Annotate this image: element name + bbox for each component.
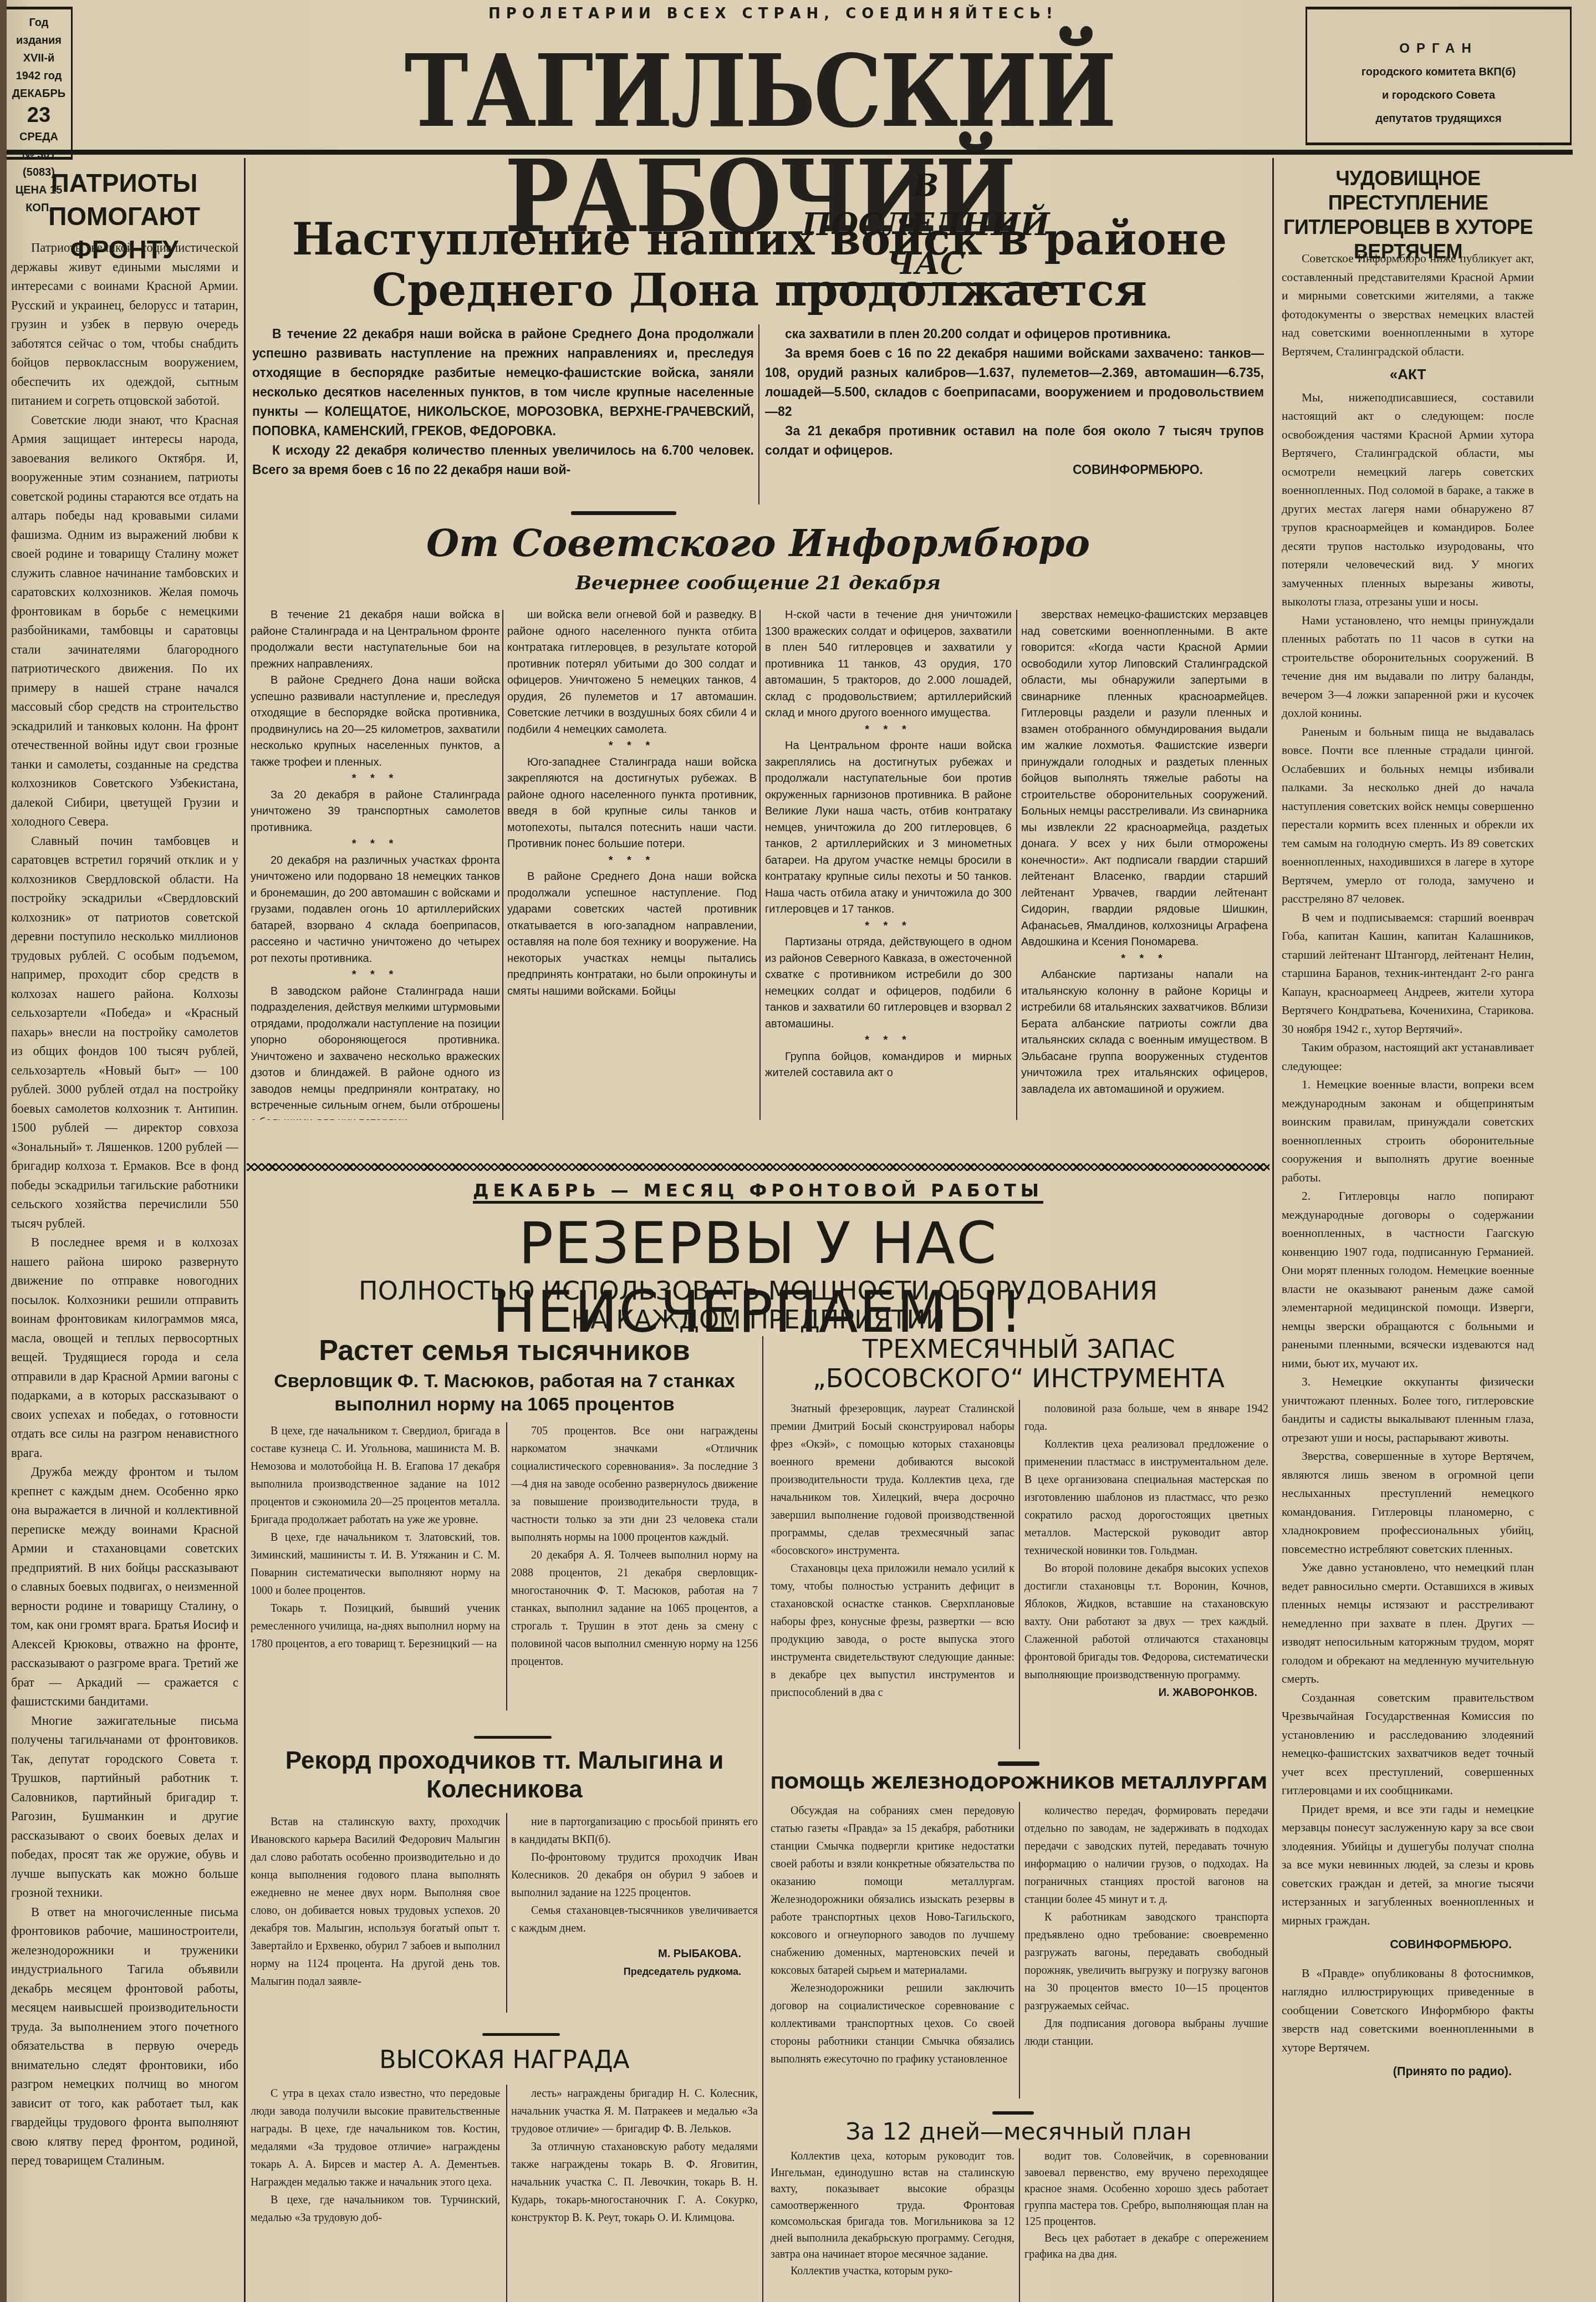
railway-headline: ПОМОЩЬ ЖЕЛЕЗНОДОРОЖНИКОВ МЕТАЛЛУРГАМ bbox=[768, 1771, 1269, 1795]
award-col-1: С утра в цехах стало известно, что перед… bbox=[251, 2085, 500, 2302]
twelve-days-headline: За 12 дней—месячный план bbox=[768, 2118, 1269, 2146]
sovinform-divider-3 bbox=[1016, 610, 1017, 1120]
thousands-subheadline: Сверловщик Ф. Т. Масюков, работая на 7 с… bbox=[261, 1369, 748, 1416]
wavy-section-rule bbox=[247, 1163, 1269, 1171]
newspaper-page: Год издания XVII-й 1942 год ДЕКАБРЬ 23 С… bbox=[0, 0, 1596, 2302]
organ-line-2: и городского Совета bbox=[1307, 84, 1570, 107]
paragraph: В последнее время и в колхозах нашего ра… bbox=[11, 1233, 238, 1463]
paragraph: Советские люди знают, что Красная Армия … bbox=[11, 411, 238, 832]
stars-separator: * * * bbox=[251, 967, 500, 984]
section-separator bbox=[998, 1761, 1039, 1766]
intro-paragraph: Советское Информбюро ниже публикует акт,… bbox=[1282, 249, 1534, 361]
paragraph: Многие зажигательные письма получены таг… bbox=[11, 1712, 238, 1903]
bosoy-divider bbox=[1019, 1400, 1020, 1749]
award-headline: ВЫСОКАЯ НАГРАДА bbox=[249, 2046, 759, 2075]
paragraph: Группа бойцов, командиров и мирных жител… bbox=[765, 1049, 1012, 1082]
paragraph: В цехе, где начальником тов. Турчинский,… bbox=[251, 2191, 500, 2227]
paragraph: Партизаны отряда, действующего в одном и… bbox=[765, 934, 1012, 1032]
stars-separator: * * * bbox=[1021, 951, 1268, 967]
paragraph: С утра в цехах стало известно, что перед… bbox=[251, 2085, 500, 2191]
stars-separator: * * * bbox=[507, 853, 757, 869]
paragraph: 3. Немецкие оккупанты физически уничтожа… bbox=[1282, 1373, 1534, 1447]
bosoy-headline-1: ТРЕХМЕСЯЧНЫЙ ЗАПАС bbox=[768, 1333, 1269, 1364]
award-divider bbox=[506, 2085, 507, 2302]
railway-col-2: количество передач, формировать передачи… bbox=[1024, 1802, 1268, 2099]
paragraph: В цехе, где начальником т. Свердиол, бри… bbox=[251, 1422, 500, 1529]
thousands-divider bbox=[506, 1422, 507, 1710]
paragraph: 20 декабря А. Я. Толчеев выполнил норму … bbox=[511, 1546, 758, 1671]
thousands-col-1: В цехе, где начальником т. Свердиол, бри… bbox=[251, 1422, 500, 1716]
organ-label: ОРГАН bbox=[1307, 37, 1570, 60]
record-divider bbox=[506, 1813, 507, 2013]
last-hour-signature: СОВИНФОРМБЮРО. bbox=[765, 460, 1264, 480]
last-hour-divider bbox=[758, 324, 759, 505]
paragraph: Знатный фрезеровщик, лауреат Сталинской … bbox=[771, 1400, 1014, 1560]
paragraph: Для подписания договора выбраны лучшие л… bbox=[1024, 2015, 1268, 2050]
bosoy-signature: И. ЖАВОРОНКОВ. bbox=[1024, 1684, 1268, 1702]
last-hour-col-2: ска захватили в плен 20.200 солдат и офи… bbox=[765, 324, 1264, 507]
railway-divider bbox=[1019, 1802, 1020, 2099]
award-col-2: лесть» награждены бригадир Н. С. Колесни… bbox=[511, 2085, 758, 2302]
paragraph: В ответ на многочисленные письма фронтов… bbox=[11, 1903, 238, 2171]
thousands-col-2: 705 процентов. Все они награждены нарком… bbox=[511, 1422, 758, 1716]
paragraph: В районе Среднего Дона наши войска успеш… bbox=[251, 673, 500, 771]
paragraph: Юго-западнее Сталинграда наши войска зак… bbox=[507, 755, 757, 853]
paragraph: Придет время, и все эти гады и немецкие … bbox=[1282, 1800, 1534, 1931]
paragraph: Коллектив цеха, которым руководит тов. И… bbox=[771, 2148, 1014, 2263]
left-article-body: Патриоты великой социалистической держав… bbox=[11, 238, 238, 2295]
bottom-middle-divider bbox=[762, 1336, 763, 2302]
paragraph: Раненым и больным пища не выдавалась вов… bbox=[1282, 723, 1534, 909]
paragraph: В чем и подписываемся: старший военврач … bbox=[1282, 909, 1534, 1039]
twelve-days-divider bbox=[1019, 2148, 1020, 2302]
stars-separator: * * * bbox=[251, 836, 500, 853]
bosoy-col-1: Знатный фрезеровщик, лауреат Сталинской … bbox=[771, 1400, 1014, 1752]
reserves-subheadline-1: ПОЛНОСТЬЮ ИСПОЛЬЗОВАТЬ МОЩНОСТИ ОБОРУДОВ… bbox=[244, 1275, 1272, 1306]
paragraph: ска захватили в плен 20.200 солдат и офи… bbox=[765, 324, 1264, 344]
paragraph: В течение 22 декабря наши войска в район… bbox=[252, 324, 754, 441]
paragraph: Таким образом, настоящий акт устанавлива… bbox=[1282, 1038, 1534, 1076]
paragraph: За время боев с 16 по 22 декабря нашими … bbox=[765, 344, 1264, 421]
page-binding-edge bbox=[0, 0, 7, 2302]
act-title: «АКТ bbox=[1282, 365, 1534, 384]
sovinform-divider-2 bbox=[759, 610, 761, 1120]
paragraph: За отличную стахановскую работу медалями… bbox=[511, 2138, 758, 2227]
paragraph: Обсуждая на собраниях смен передовую ста… bbox=[771, 1802, 1014, 1979]
paragraph: Патриоты великой социалистической держав… bbox=[11, 238, 238, 411]
sovinform-divider-1 bbox=[502, 610, 503, 1120]
record-signature-name: М. РЫБАКОВА. bbox=[511, 1945, 758, 1963]
paragraph: зверствах немецко-фашистских мерзавцев н… bbox=[1021, 607, 1268, 951]
paragraph: На Центральном фронте наши войска закреп… bbox=[765, 738, 1012, 918]
paragraph: 2. Гитлеровцы нагло попирают международн… bbox=[1282, 1187, 1534, 1373]
paragraph: Встав на сталинскую вахту, проходчик Ива… bbox=[251, 1813, 500, 1990]
bosoy-col-2: половиной раза больше, чем в январе 1942… bbox=[1024, 1400, 1268, 1755]
stars-separator: * * * bbox=[765, 1032, 1012, 1049]
organ-line-3: депутатов трудящихся bbox=[1307, 107, 1570, 130]
paragraph: Созданная советским правительством Чрезв… bbox=[1282, 1689, 1534, 1800]
right-article-body: Советское Информбюро ниже публикует акт,… bbox=[1282, 249, 1534, 2301]
twelve-days-col-2: водит тов. Соловейчик, в соревновании за… bbox=[1024, 2148, 1268, 2302]
stars-separator: * * * bbox=[251, 771, 500, 787]
issue-year: 1942 год bbox=[7, 67, 71, 85]
record-headline: Рекорд проходчиков тт. Малыгина и Колесн… bbox=[249, 1746, 759, 1804]
paragraph: Коллектив участка, которым руко- bbox=[771, 2263, 1014, 2280]
section-separator bbox=[482, 2033, 560, 2036]
reserves-kicker-text: ДЕКАБРЬ — МЕСЯЦ ФРОНТОВОЙ РАБОТЫ bbox=[473, 1180, 1043, 1204]
paragraph: Во второй половине декабря высоких успех… bbox=[1024, 1560, 1268, 1684]
paragraph: По-фронтовому трудится проходчик Иван Ко… bbox=[511, 1848, 758, 1902]
issue-month: ДЕКАБРЬ bbox=[7, 85, 71, 103]
section-separator bbox=[992, 2111, 1034, 2115]
paragraph: Мы, нижеподписавшиеся, составили настоящ… bbox=[1282, 389, 1534, 612]
paragraph: количество передач, формировать передачи… bbox=[1024, 1802, 1268, 1908]
stars-separator: * * * bbox=[765, 918, 1012, 935]
sovinform-col-2: ши войска вели огневой бой и разведку. В… bbox=[507, 607, 757, 1120]
paragraph: К работникам заводского транспорта предъ… bbox=[1024, 1908, 1268, 2015]
masthead-rule bbox=[7, 150, 1573, 155]
issue-info-box: Год издания XVII-й 1942 год ДЕКАБРЬ 23 С… bbox=[7, 7, 73, 160]
railway-col-1: Обсуждая на собраниях смен передовую ста… bbox=[771, 1802, 1014, 2099]
paragraph: Токарь т. Позицкий, бывший ученик ремесл… bbox=[251, 1600, 500, 1653]
year-of-issue: Год издания XVII-й bbox=[7, 14, 71, 67]
last-hour-col-1: В течение 22 декабря наши войска в район… bbox=[252, 324, 754, 507]
paragraph: 705 процентов. Все они награждены нарком… bbox=[511, 1422, 758, 1546]
organ-box: ОРГАН городского комитета ВКП(б) и город… bbox=[1306, 7, 1572, 145]
sovinform-col-3: Н-ской части в течение дня уничтожили 13… bbox=[765, 607, 1012, 1120]
paragraph: В заводском районе Сталинграда наши подр… bbox=[251, 984, 500, 1121]
paragraph: Славный почин тамбовцев и саратовцев вст… bbox=[11, 832, 238, 1234]
paragraph: Уже давно установлено, что немецкий план… bbox=[1282, 1559, 1534, 1689]
paragraph: Семья стахановцев-тысячников увеличивает… bbox=[511, 1902, 758, 1937]
bosoy-headline-2: „БОСОВСКОГО“ ИНСТРУМЕНТА bbox=[768, 1363, 1269, 1394]
section-separator bbox=[571, 511, 676, 515]
paragraph: 1. Немецкие военные власти, вопреки всем… bbox=[1282, 1076, 1534, 1187]
paragraph: водит тов. Соловейчик, в соревновании за… bbox=[1024, 2148, 1268, 2230]
reserves-kicker: ДЕКАБРЬ — МЕСЯЦ ФРОНТОВОЙ РАБОТЫ bbox=[244, 1178, 1272, 1203]
paragraph: Н-ской части в течение дня уничтожили 13… bbox=[765, 607, 1012, 722]
radio-footer: (Принято по радио). bbox=[1282, 2062, 1534, 2081]
sovinform-col-4: зверствах немецко-фашистских мерзавцев н… bbox=[1021, 607, 1268, 1120]
record-signature-title: Председатель рудкома. bbox=[511, 1963, 758, 1980]
record-col-2: ние в партorganизацию с просьбой принять… bbox=[511, 1813, 758, 2024]
paragraph: Нами установлено, что немцы принуждали п… bbox=[1282, 612, 1534, 723]
sovinform-col-1: В течение 21 декабря наши войска в район… bbox=[251, 607, 500, 1120]
paragraph: Дружба между фронтом и тылом крепнет с к… bbox=[11, 1463, 238, 1712]
right-signature: СОВИНФОРМБЮРО. bbox=[1282, 1936, 1534, 1954]
record-col-1: Встав на сталинскую вахту, проходчик Ива… bbox=[251, 1813, 500, 2013]
paragraph: Коллектив цеха реализовал предложение о … bbox=[1024, 1435, 1268, 1560]
sovinform-headline: От Советского Информбюро bbox=[244, 521, 1272, 566]
last-hour-headline: Наступление наших войск в районе Среднег… bbox=[288, 213, 1231, 315]
issue-day: 23 bbox=[7, 103, 71, 128]
issue-weekday: СРЕДА bbox=[7, 128, 71, 146]
paragraph: В течение 21 декабря наши войска в район… bbox=[251, 607, 500, 673]
pravda-note: В «Правде» опубликованы 8 фотоснимков, н… bbox=[1282, 1964, 1534, 2057]
paragraph: Албанские партизаны напали на итальянску… bbox=[1021, 967, 1268, 1098]
paragraph: ние в партorganизацию с просьбой принять… bbox=[511, 1813, 758, 1848]
section-separator bbox=[474, 1736, 552, 1739]
paragraph: половиной раза больше, чем в январе 1942… bbox=[1024, 1400, 1268, 1435]
paragraph: Весь цех работает в декабре с опережение… bbox=[1024, 2230, 1268, 2263]
paragraph: За 21 декабря противник оставил на поле … bbox=[765, 421, 1264, 460]
paragraph: Зверства, совершенные в хуторе Вертячем,… bbox=[1282, 1447, 1534, 1559]
reserves-subheadline-2: НА КАЖДОМ ПРЕДПРИЯТИИ bbox=[244, 1304, 1272, 1335]
paragraph: лесть» награждены бригадир Н. С. Колесни… bbox=[511, 2085, 758, 2138]
paragraph: К исходу 22 декабря количество пленных у… bbox=[252, 441, 754, 480]
sovinform-subheadline: Вечернее сообщение 21 декабря bbox=[244, 571, 1272, 595]
right-column-divider bbox=[1272, 158, 1274, 2302]
paragraph: 20 декабря на различных участках фронта … bbox=[251, 853, 500, 967]
stars-separator: * * * bbox=[507, 738, 757, 755]
organ-line-1: городского комитета ВКП(б) bbox=[1307, 60, 1570, 84]
thousands-headline: Растет семья тысячников bbox=[249, 1333, 759, 1368]
paragraph: В районе Среднего Дона наши войска продо… bbox=[507, 869, 757, 1000]
twelve-days-col-1: Коллектив цеха, которым руководит тов. И… bbox=[771, 2148, 1014, 2302]
paragraph: Стахановцы цеха приложили немало усилий … bbox=[771, 1560, 1014, 1702]
paragraph: В цехе, где начальником т. Златовский, т… bbox=[251, 1529, 500, 1600]
stars-separator: * * * bbox=[765, 722, 1012, 739]
paragraph: ши войска вели огневой бой и разведку. В… bbox=[507, 607, 757, 738]
masthead-motto: ПРОЛЕТАРИИ ВСЕХ СТРАН, СОЕДИНЯЙТЕСЬ! bbox=[258, 6, 1289, 22]
paragraph: Железнодорожники решили заключить догово… bbox=[771, 1979, 1014, 2068]
paragraph: За 20 декабря в районе Сталинграда уничт… bbox=[251, 787, 500, 837]
